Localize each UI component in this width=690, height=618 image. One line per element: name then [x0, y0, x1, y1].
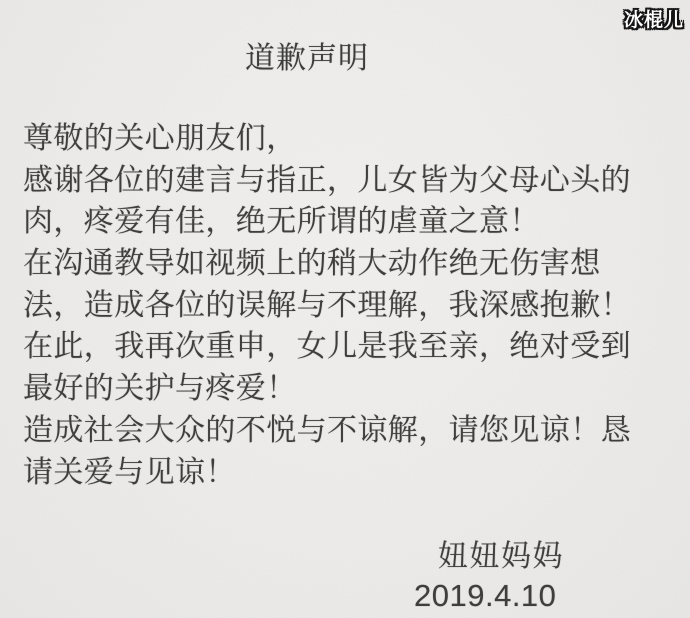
apology-statement-image: 冰棍儿 道歉声明 尊敬的关心朋友们， 感谢各位的建言与指正，儿女皆为父母心头的 …: [0, 0, 690, 618]
statement-date: 2019.4.10: [414, 575, 556, 617]
watermark: 冰棍儿: [624, 5, 684, 32]
statement-line: 法，造成各位的误解与不理解，我深感抱歉！: [23, 285, 682, 327]
statement-line: 感谢各位的建言与指正，儿女皆为父母心头的: [23, 160, 682, 202]
statement-line: 在沟通教导如视频上的稍大动作绝无伤害想: [23, 243, 682, 285]
statement-line: 在此，我再次重申，女儿是我至亲，绝对受到: [23, 326, 682, 368]
statement-line: 请关爱与见谅！: [23, 452, 682, 494]
signature: 妞妞妈妈: [438, 536, 564, 578]
statement-body: 尊敬的关心朋友们， 感谢各位的建言与指正，儿女皆为父母心头的 肉，疼爱有佳，绝无…: [23, 118, 682, 493]
statement-line: 造成社会大众的不悦与不谅解，请您见谅！恳: [23, 410, 682, 452]
statement-line: 肉，疼爱有佳，绝无所谓的虐童之意！: [23, 201, 682, 243]
statement-title: 道歉声明: [0, 38, 614, 79]
statement-line: 最好的关护与疼爱！: [23, 368, 682, 410]
statement-line: 尊敬的关心朋友们，: [23, 118, 682, 160]
